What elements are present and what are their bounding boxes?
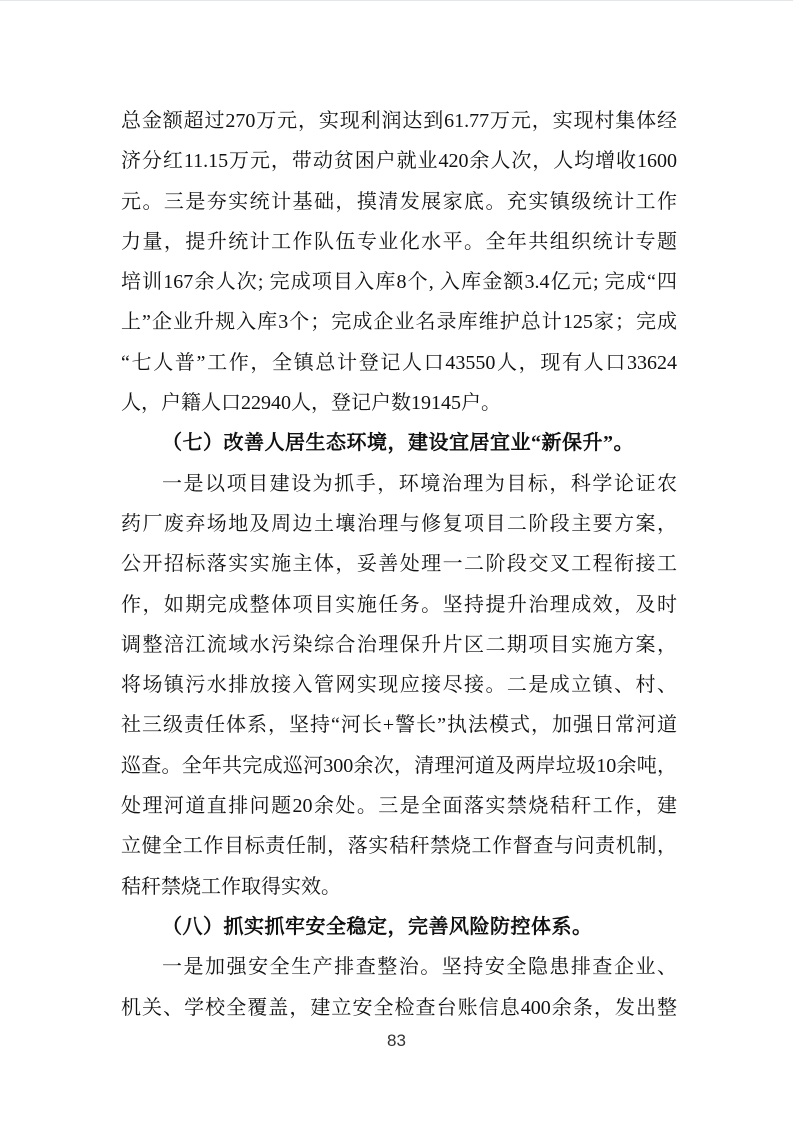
- page-number: 83: [0, 1031, 793, 1051]
- section-heading-8: （八）抓实抓牢安全稳定，完善风险防控体系。: [121, 907, 677, 947]
- text-line: 作，如期完成整体项目实施任务。坚持提升治理成效，及时: [121, 585, 677, 625]
- document-page: 总金额超过270万元，实现利润达到61.77万元，实现村集体经 济分红11.15…: [0, 1, 793, 1122]
- text-line: 调整涪江流域水污染综合治理保升片区二期项目实施方案，: [121, 625, 677, 665]
- text-line: 一是以项目建设为抓手，环境治理为目标，科学论证农: [121, 464, 677, 504]
- text-line: 力量，提升统计工作队伍专业化水平。全年共组织统计专题: [121, 222, 677, 262]
- text-line: 总金额超过270万元，实现利润达到61.77万元，实现村集体经: [121, 101, 677, 141]
- text-line: 机关、学校全覆盖，建立安全检查台账信息400余条，发出整: [121, 988, 677, 1028]
- text-line: 上”企业升规入库3个；完成企业名录库维护总计125家；完成: [121, 302, 677, 342]
- text-line: 社三级责任体系，坚持“河长+警长”执法模式，加强日常河道: [121, 705, 677, 745]
- text-line: 药厂废弃场地及周边土壤治理与修复项目二阶段主要方案，: [121, 504, 677, 544]
- section-heading-7: （七）改善人居生态环境，建设宜居宜业“新保升”。: [121, 423, 677, 463]
- text-line: 处理河道直排问题20余处。三是全面落实禁烧秸秆工作，建: [121, 786, 677, 826]
- text-line: 将场镇污水排放接入管网实现应接尽接。二是成立镇、村、: [121, 665, 677, 705]
- text-line: 巡查。全年共完成巡河300余次，清理河道及两岸垃圾10余吨，: [121, 746, 677, 786]
- text-line: 济分红11.15万元，带动贫困户就业420余人次，人均增收1600: [121, 141, 677, 181]
- text-line: “七人普”工作，全镇总计登记人口43550人，现有人口33624: [121, 343, 677, 383]
- document-text-block: 总金额超过270万元，实现利润达到61.77万元，实现村集体经 济分红11.15…: [121, 101, 677, 1028]
- text-line: 公开招标落实实施主体，妥善处理一二阶段交叉工程衔接工: [121, 544, 677, 584]
- text-line: 培训167余人次; 完成项目入库8个, 入库金额3.4亿元; 完成“四: [121, 262, 677, 302]
- text-line: 元。三是夯实统计基础，摸清发展家底。充实镇级统计工作: [121, 182, 677, 222]
- text-line: 一是加强安全生产排查整治。坚持安全隐患排查企业、: [121, 947, 677, 987]
- text-line: 人，户籍人口22940人，登记户数19145户。: [121, 383, 677, 423]
- text-line: 秸秆禁烧工作取得实效。: [121, 867, 677, 907]
- text-line: 立健全工作目标责任制，落实秸秆禁烧工作督查与问责机制，: [121, 826, 677, 866]
